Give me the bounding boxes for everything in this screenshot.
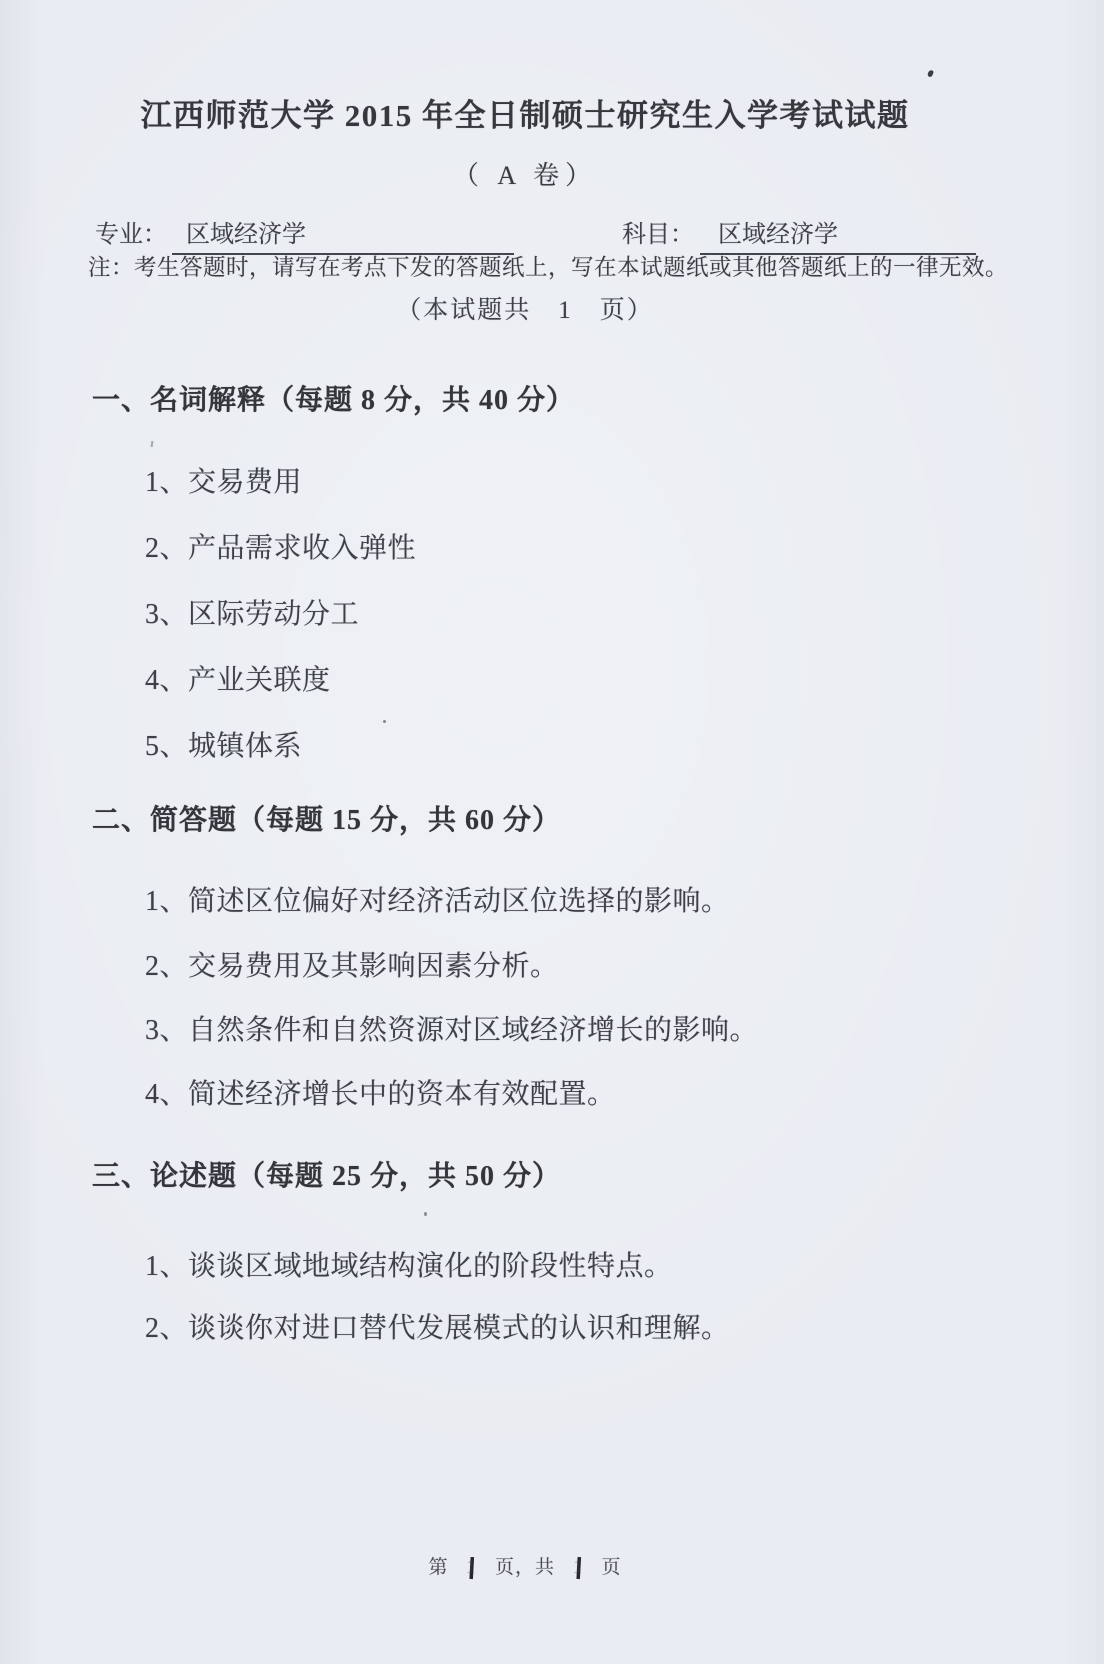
scan-speck bbox=[927, 69, 934, 77]
section-1-question-4: 4、产业关联度 bbox=[145, 658, 331, 698]
section-1-question-5: 5、城镇体系 bbox=[145, 724, 302, 764]
page-footer: 第1页，共1页 bbox=[0, 1552, 1050, 1579]
exam-title: 江西师范大学 2015 年全日制硕士研究生入学考试试题 bbox=[0, 90, 1050, 135]
section-2-question-1: 1、简述区位偏好对经济活动区位选择的影响。 bbox=[145, 879, 730, 919]
section-1-heading: 一、名词解释（每题 8 分，共 40 分） bbox=[92, 378, 575, 418]
footer-suffix: 页 bbox=[602, 1557, 622, 1578]
section-3-heading: 三、论述题（每题 25 分，共 50 分） bbox=[92, 1154, 561, 1194]
subject-value-underlined: 区域经济学 bbox=[700, 214, 976, 255]
section-3-question-2: 2、谈谈你对进口替代发展模式的认识和理解。 bbox=[145, 1306, 730, 1346]
section-2-question-4: 4、简述经济增长中的资本有效配置。 bbox=[145, 1072, 616, 1112]
major-value-underlined: 区域经济学 bbox=[172, 214, 514, 255]
scan-speck bbox=[383, 720, 386, 723]
section-1-question-3: 3、区际劳动分工 bbox=[145, 592, 359, 632]
paper-version: （ A 卷） bbox=[0, 155, 1050, 192]
section-2-heading: 二、简答题（每题 15 分，共 60 分） bbox=[92, 798, 561, 838]
candidate-notice: 注：考生答题时，请写在考点下发的答题纸上，写在本试题纸或其他答题纸上的一律无效。 bbox=[88, 250, 1008, 282]
handwritten-total-pages: 1 bbox=[572, 1557, 584, 1580]
handwritten-page-number: 1 bbox=[466, 1557, 478, 1580]
section-1-question-2: 2、产品需求收入弹性 bbox=[145, 526, 416, 566]
scan-speck bbox=[151, 441, 154, 447]
footer-middle: 页，共 bbox=[495, 1557, 555, 1578]
section-2-question-2: 2、交易费用及其影响因素分析。 bbox=[145, 944, 559, 984]
footer-prefix: 第 bbox=[428, 1557, 448, 1578]
subject-label: 科目： bbox=[622, 214, 694, 249]
exam-paper-scan: 江西师范大学 2015 年全日制硕士研究生入学考试试题 （ A 卷） 专业： 区… bbox=[0, 0, 1104, 1664]
section-1-question-1: 1、交易费用 bbox=[145, 460, 302, 500]
section-3-question-1: 1、谈谈区域地域结构演化的阶段性特点。 bbox=[145, 1244, 673, 1284]
major-label: 专业： bbox=[95, 214, 167, 249]
scan-speck bbox=[424, 1212, 427, 1216]
section-2-question-3: 3、自然条件和自然资源对区域经济增长的影响。 bbox=[145, 1008, 758, 1048]
page-count-line: （本试题共 1 页） bbox=[0, 290, 1050, 326]
